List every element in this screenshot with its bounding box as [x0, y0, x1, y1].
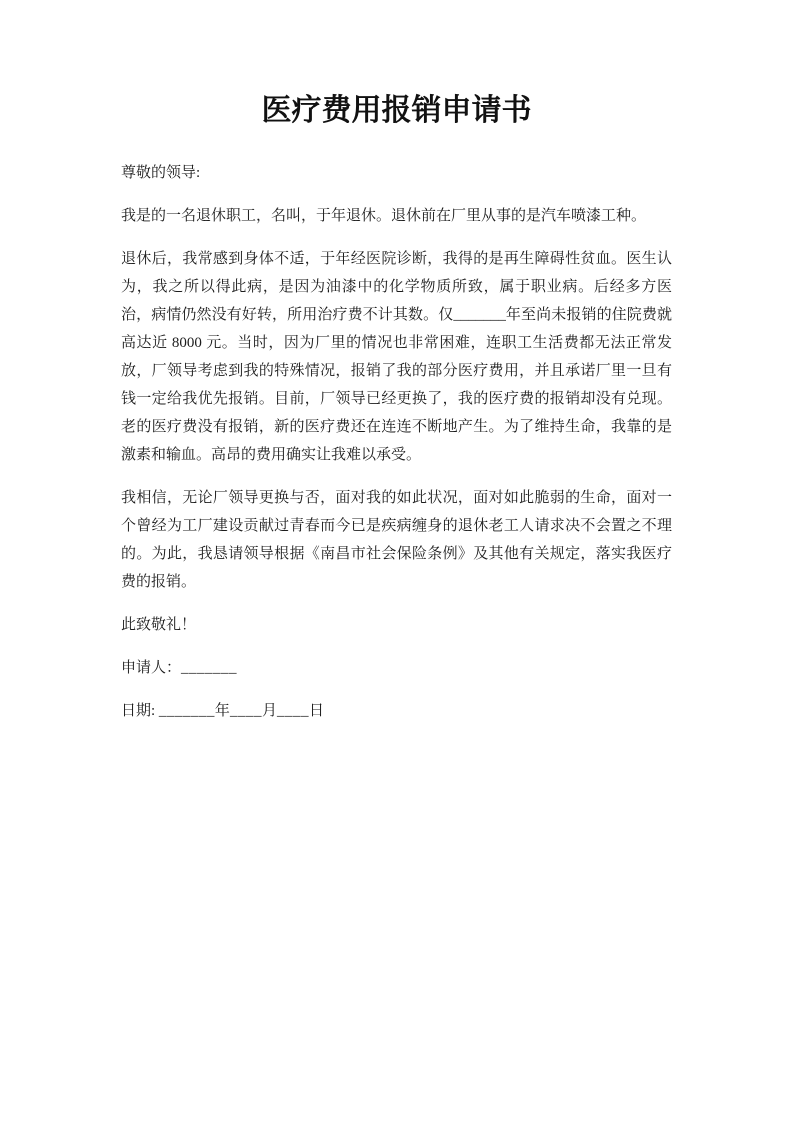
- date-year-unit: 年: [215, 703, 230, 719]
- date-month-unit: 月: [262, 703, 277, 719]
- applicant-label: 申请人：: [121, 660, 181, 676]
- applicant-signature-blank: _______: [181, 660, 237, 676]
- date-day-unit: 日: [309, 703, 324, 719]
- applicant-line: 申请人：_______: [121, 654, 672, 682]
- date-day-blank: ____: [277, 703, 309, 719]
- date-label: 日期:: [121, 703, 159, 719]
- date-year-blank: _______: [159, 703, 215, 719]
- document-title: 医疗费用报销申请书: [121, 90, 672, 132]
- date-line: 日期: _______年____月____日: [121, 697, 672, 725]
- document-page: 医疗费用报销申请书 尊敬的领导: 我是的一名退休职工，名叫，于年退休。退休前在厂…: [0, 0, 793, 1122]
- closing-salute: 此致敬礼！: [121, 611, 672, 639]
- paragraph-request: 我相信，无论厂领导更换与否，面对我的如此状况，面对如此脆弱的生命，面对一个曾经为…: [121, 484, 672, 596]
- paragraph-illness-history: 退休后，我常感到身体不适，于年经医院诊断，我得的是再生障碍性贫血。医生认为，我之…: [121, 245, 672, 469]
- date-month-blank: ____: [230, 703, 262, 719]
- paragraph-intro: 我是的一名退休职工，名叫，于年退休。退休前在厂里从事的是汽车喷漆工种。: [121, 202, 672, 230]
- salutation: 尊敬的领导:: [121, 159, 672, 187]
